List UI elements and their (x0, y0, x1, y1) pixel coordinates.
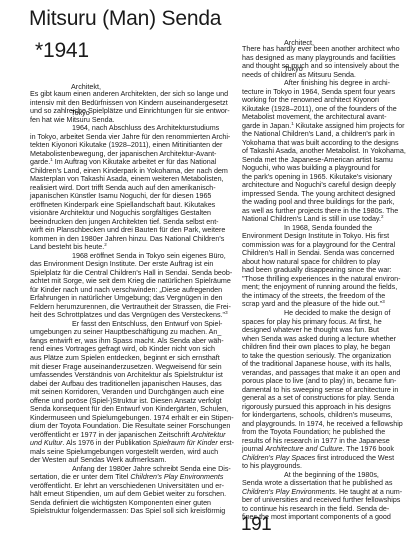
text-line: the National Children's Land, a children… (242, 130, 412, 139)
text-line: journal Architecture and Culture. The 19… (242, 445, 412, 454)
text-line: Children's Hall in Sendai. Senda was con… (242, 249, 412, 258)
text-line: In 1968, Senda founded the (242, 224, 412, 233)
text-line: Spielstruktur folgendermassen: Das Spiel… (30, 507, 235, 516)
text-line: dium der Toyota Foundation. Die Resultat… (30, 422, 235, 431)
text-line: der Westen auf Sendas Werk aufmerksam. (30, 456, 235, 465)
text-line: After finishing his degree in archi- (242, 79, 412, 88)
text-line: offene und poröse (Spiel-)Struktur ist. … (30, 397, 235, 406)
text-line: aus Plätze zum Spielen entdecken, beginn… (30, 354, 235, 363)
text-line: of Takashi Asada, another Metabolist. In… (242, 147, 412, 156)
text-line: und so zahlreiche Spielplätze und Einric… (30, 107, 235, 116)
text-line: Senda definiert die wichtigsten Komponen… (30, 499, 235, 508)
text-line: porous place to live (and to play) in, b… (242, 377, 412, 386)
text-line: working for the renowned architect Kiyon… (242, 96, 412, 105)
text-line: rigorously pursued this approach in his … (242, 403, 412, 412)
text-line: Spielplatz für die Central Children's Ha… (30, 269, 235, 278)
text-line: tecture in Tokyo in 1964, Senda spent fo… (242, 88, 412, 97)
text-line: und Kultur. Als 1976 in der Publikation … (30, 439, 235, 448)
text-line: Senda met the Japanese-American artist I… (242, 156, 412, 165)
text-line: to continue his research in the field. S… (242, 505, 412, 514)
text-line: Es gibt kaum einen anderen Architekten, … (30, 90, 235, 99)
english-text-column: There has hardly ever been another archi… (242, 45, 412, 522)
footnote-marker: 3 (225, 310, 228, 315)
text-line: dabei der Aufbau des traditionellen japa… (30, 380, 235, 389)
text-line: Senda wrote a dissertation that he publi… (242, 479, 412, 488)
text-line: At the beginning of the 1980s, (242, 471, 412, 480)
text-line: realisiert wird. Dort trifft Senda auch … (30, 184, 235, 193)
footnote-marker: 2 (381, 214, 384, 219)
italic-title: Architecture and Culture (265, 445, 342, 453)
text-line: Land besteht bis heute.2 (30, 243, 235, 252)
text-line: fangs entwirft er, was ihm Spass macht. … (30, 337, 235, 346)
text-line: He decided to make the design of (242, 309, 412, 318)
text-line: to his playgrounds. (242, 462, 412, 471)
text-line: for kindergartens, schools, children's m… (242, 411, 412, 420)
text-line: has designed as many playgrounds and fac… (242, 54, 412, 63)
text-line: veröffentlicht er 1977 in der japanische… (30, 431, 235, 440)
text-line: children find their own places to play, … (242, 343, 412, 352)
text-line: architecture and Noguchi's careful desig… (242, 181, 412, 190)
footnote-marker: 3 (382, 299, 385, 304)
text-line: mals seine Spielumgebungen vorgestellt w… (30, 448, 235, 457)
text-line: verandas, and passages that make it an o… (242, 369, 412, 378)
text-line: Erfahrungen in natürlicher Umgebung; das… (30, 294, 235, 303)
german-text-column: Es gibt kaum einen anderen Architekten, … (30, 90, 235, 516)
text-line: from the Toyota Foundation; he published… (242, 428, 412, 437)
text-line: Environment Design Institute in Tokyo. H… (242, 232, 412, 241)
text-line: heit des Schrottplatzes und das Vergnüge… (30, 311, 235, 320)
text-line: the park's opening in 1965. Kikutake's v… (242, 173, 412, 182)
italic-title: Children's Play Environments (130, 473, 223, 481)
text-line: commission was for a playground for the … (242, 241, 412, 250)
text-line: needs of children as Mitsuru Senda. (242, 71, 412, 80)
italic-title: und Kultur (30, 439, 63, 447)
text-line: Anfang der 1980er Jahre schreibt Senda e… (30, 465, 235, 474)
text-line: "Those thrilling experiences in the natu… (242, 275, 412, 284)
text-line: Yokohama that was built according to the… (242, 139, 412, 148)
text-line: impressed Senda. The young architect des… (242, 190, 412, 199)
text-line: National Children's Land is still in use… (242, 215, 412, 224)
text-line: general as a set of constructions for pl… (242, 394, 412, 403)
text-line: umfassendes Verständnis von Architektur … (30, 371, 235, 380)
italic-title: Children's Play Spaces (242, 454, 315, 462)
italic-title: Children's Play Environments (242, 488, 335, 496)
text-line: für Kinder nach und nach verschwinden: „… (30, 286, 235, 295)
text-line: about how natural space for children to … (242, 258, 412, 267)
text-line: fen hat wie Mitsuru Senda. (30, 116, 235, 125)
article-title: Mitsuru (Man) Senda (29, 8, 221, 30)
italic-title: Architektur (191, 431, 225, 439)
text-line: umgebungen zu seiner Hauptbeschäftigung … (30, 328, 235, 337)
text-line: damental to his sweeping sense of archit… (242, 386, 412, 395)
text-line: das Environment Design Institute. Der er… (30, 260, 235, 269)
text-line: garde.1 Im Auftrag von Kikutake arbeitet… (30, 158, 235, 167)
text-line: There has hardly ever been another archi… (242, 45, 412, 54)
text-line: designed whatever he thought was fun. Bu… (242, 326, 412, 335)
text-line: kommen in den 1980er Jahren hinzu. Das N… (30, 235, 235, 244)
text-line: beeindrucken den jungen Architekten tief… (30, 218, 235, 227)
text-line: the wading pool and three buildings for … (242, 198, 412, 207)
text-line: Senda konsequent für den Entwurf von Kin… (30, 405, 235, 414)
text-line: eröffneten Kinderpark eine Spiellandscha… (30, 201, 235, 210)
text-line: Noguchi, who was building a playground f… (242, 164, 412, 173)
text-line: Masterplan von Takashi Asada, einem weit… (30, 175, 235, 184)
italic-title: Spielraum für Kinder (153, 439, 218, 447)
text-line: Kindermuseen und Spielumgebungen. 1974 e… (30, 414, 235, 423)
text-line: had been gradually disappearing since th… (242, 266, 412, 275)
text-line: Metabolistenbewegung, der japanischen Ar… (30, 150, 235, 159)
page-number: 191 (241, 515, 271, 535)
text-line: hält erneut Stipendien, um auf dem Gebie… (30, 490, 235, 499)
text-line: sertation, die er unter dem Titel Childr… (30, 473, 235, 482)
text-line: spaces for play his primary focus. At fi… (242, 318, 412, 327)
text-line: Children's Play Environments. He taught … (242, 488, 412, 497)
text-line: 1964, nach Abschluss des Architekturstud… (30, 124, 235, 133)
text-line: wirft ein Planschbecken und drei Bauten … (30, 226, 235, 235)
text-line: garde in Japan.1 Kikutake assigned him p… (242, 122, 412, 131)
text-line: scrap yard and the pleasure of the hide … (242, 300, 412, 309)
text-line: to take the question seriously. The orga… (242, 352, 412, 361)
birth-year: *1941 (35, 40, 89, 62)
text-line: and thought so much and so intensively a… (242, 62, 412, 71)
text-line: visionäre Architektur und Noguchis sorgf… (30, 209, 235, 218)
footnote-marker: 2 (104, 242, 107, 247)
text-line: Children's Land, einen Kinderpark in Yok… (30, 167, 235, 176)
text-line: 1968 eröffnet Senda in Tokyo sein eigene… (30, 252, 235, 261)
text-line: mit seinen Korridoren, Veranden und Durc… (30, 388, 235, 397)
text-line: results of his research in 1977 in the J… (242, 437, 412, 446)
text-line: Metabolist movement, the architectural a… (242, 113, 412, 122)
text-line: and playgrounds. In 1974, he received a … (242, 420, 412, 429)
text-line: Er fasst den Entschluss, den Entwurf von… (30, 320, 235, 329)
text-line: japanischen Künstler Isamu Noguchi, der … (30, 192, 235, 201)
text-line: intensiv mit den Bedürfnissen von Kinder… (30, 99, 235, 108)
text-line: when Senda was asked during a lecture wh… (242, 335, 412, 344)
text-line: ber of universities and received further… (242, 496, 412, 505)
text-line: in Tokyo, arbeitet Senda vier Jahre für … (30, 133, 235, 142)
text-line: veröffentlicht. Er lehrt an verschiedene… (30, 482, 235, 491)
text-line: ment; the enjoyment of running around th… (242, 283, 412, 292)
text-line: mit dieser Frage auseinanderzusetzen. We… (30, 363, 235, 372)
text-line: achtet mit Sorge, wie seit dem Krieg die… (30, 277, 235, 286)
text-line: of the traditional Japanese house, with … (242, 360, 412, 369)
text-line: tekten Kiyonori Kikutake (1928–2011), ei… (30, 141, 235, 150)
text-line: rend eines Vortrages gefragt wird, ob Ki… (30, 345, 235, 354)
text-line: Children's Play Spaces first introduced … (242, 454, 412, 463)
text-line: Kikutake (1928–2011), one of the founder… (242, 105, 412, 114)
